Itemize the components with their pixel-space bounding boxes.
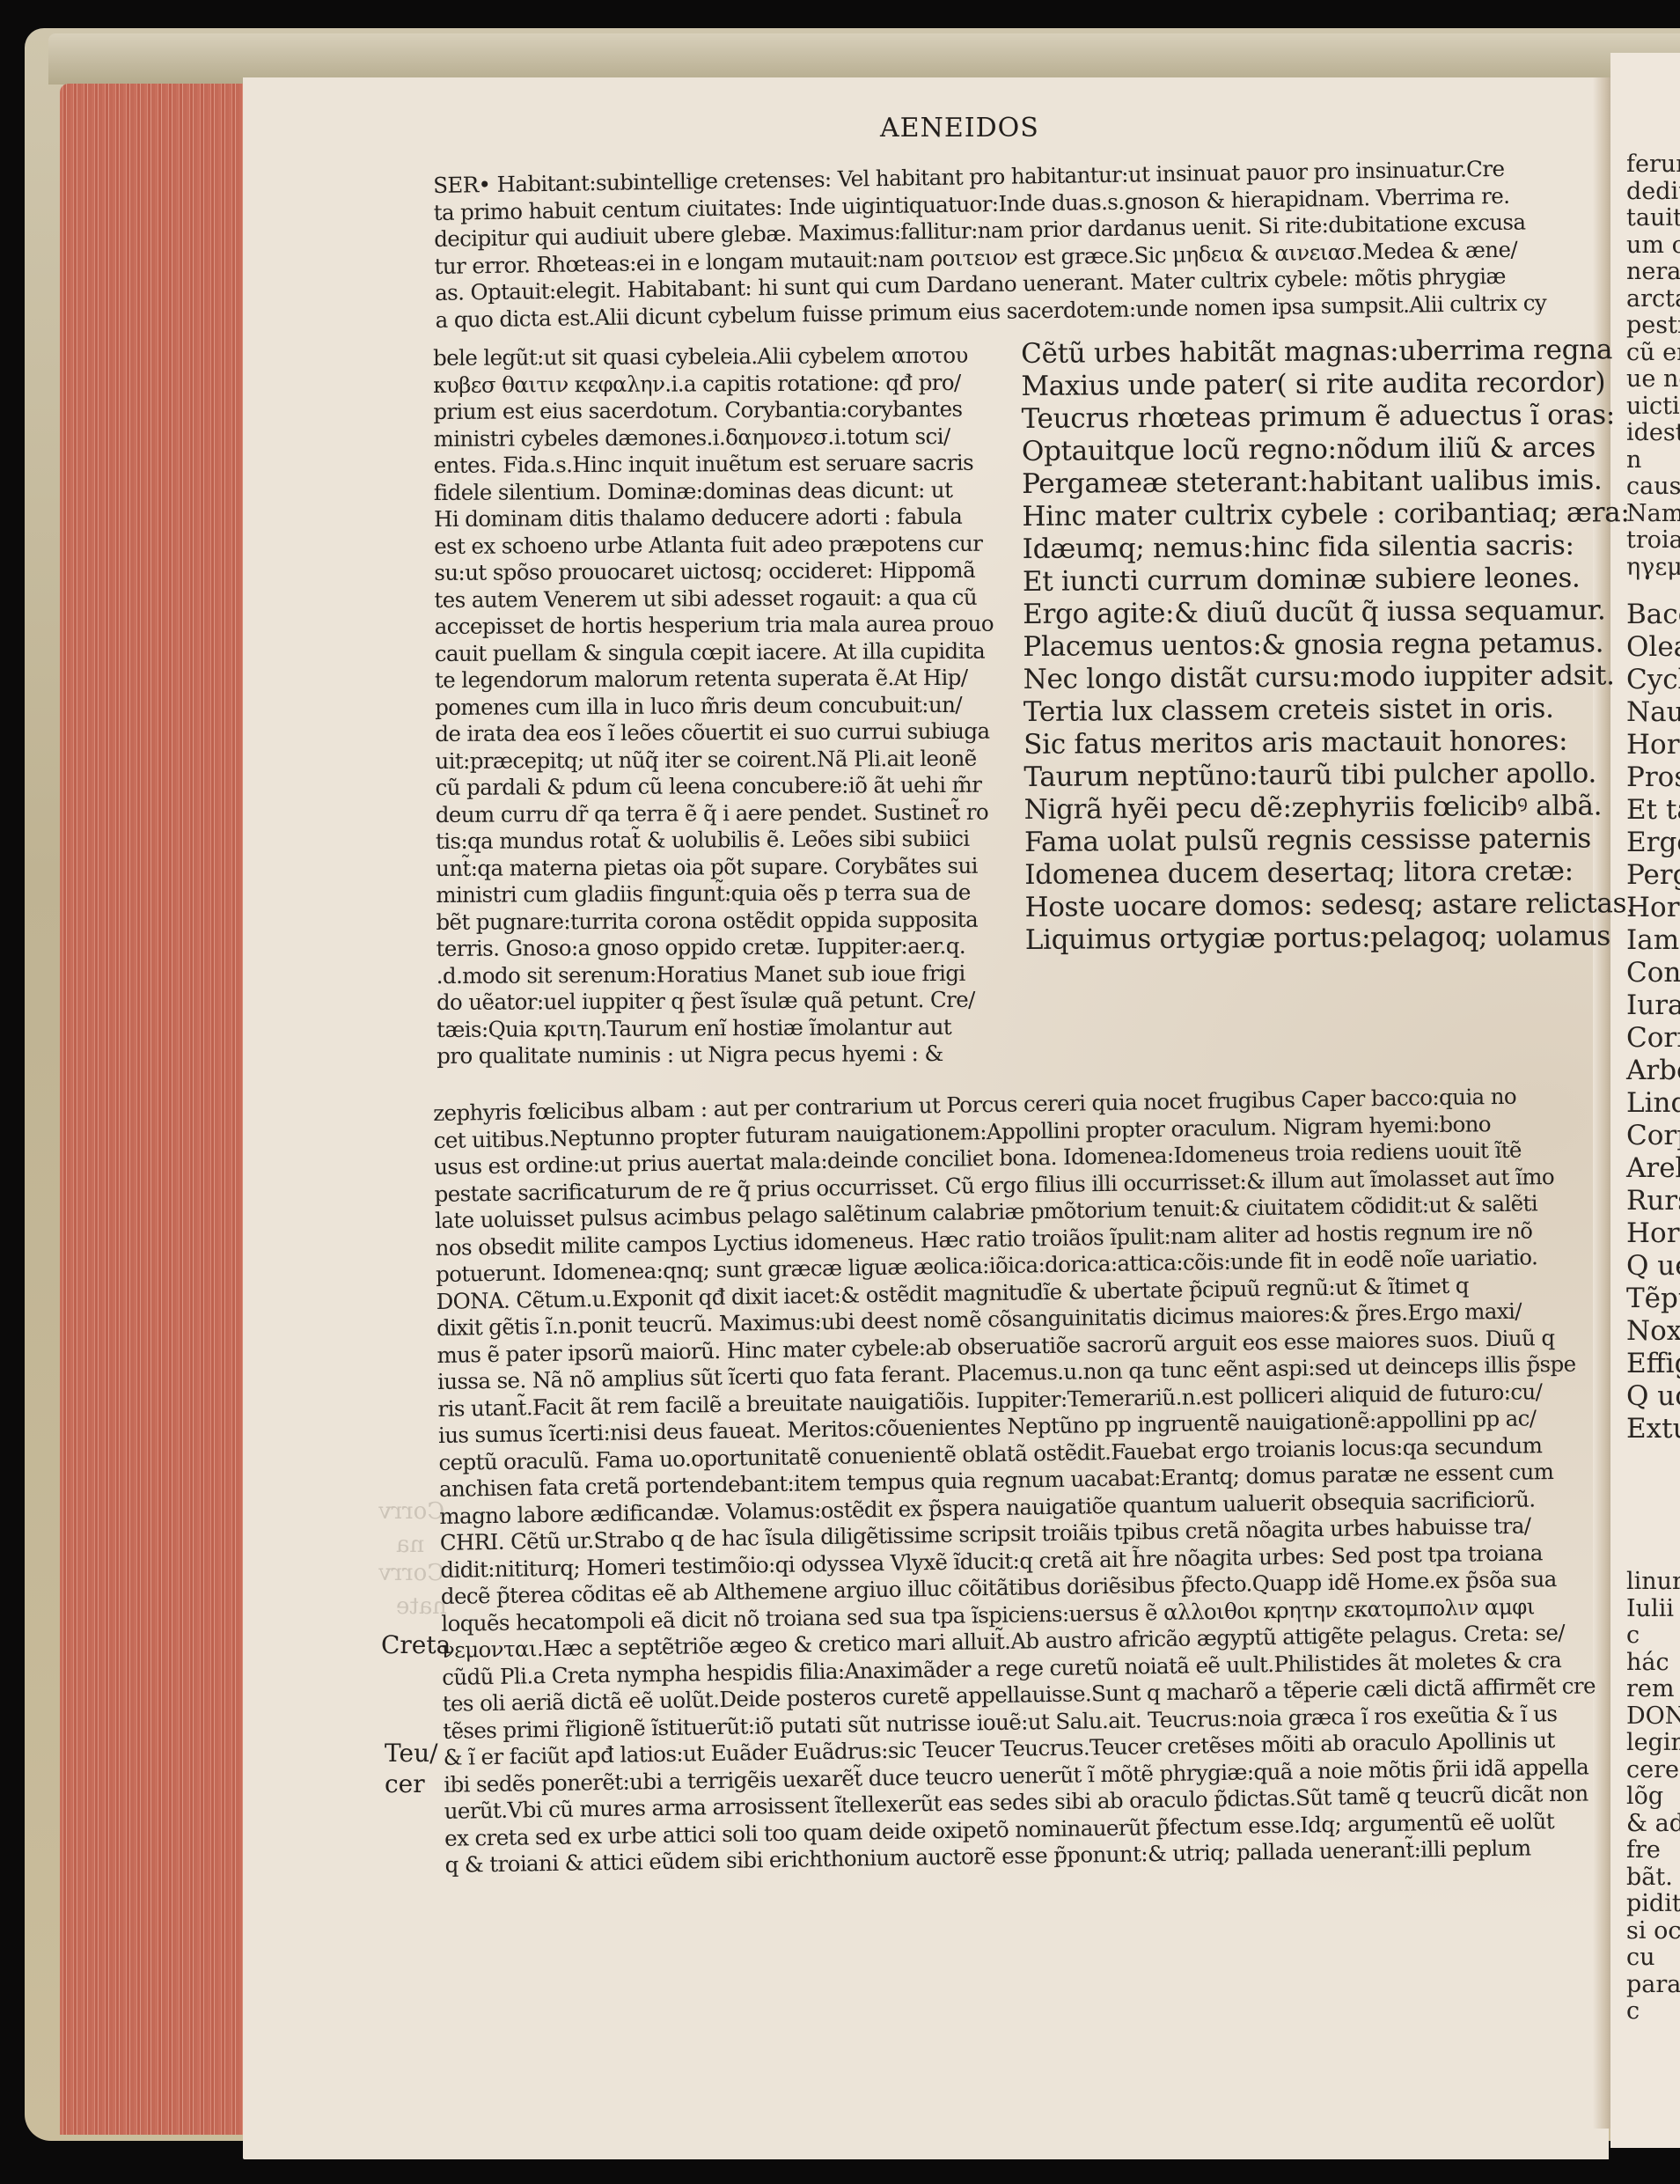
- text-line: bẽt pugnare:turrita corona ostẽdit oppid…: [436, 906, 994, 936]
- fragment-line: Hort: [1626, 892, 1680, 924]
- verse-line: Hinc mater cultrix cybele : coribantiaq;…: [1022, 496, 1632, 533]
- verse-line: Cẽtũ urbes habitãt magnas:uberrima regna: [1021, 334, 1631, 371]
- fragment-line: & ad fre: [1626, 1811, 1680, 1864]
- fragment-line: neran: [1626, 259, 1680, 286]
- commentary-bottom: zephyris fœlicibus albam : aut per contr…: [433, 1082, 1598, 1879]
- text-line: bele legũt:ut sit quasi cybeleia.Alii cy…: [433, 342, 992, 372]
- fragment-line: parare c: [1626, 1972, 1680, 2026]
- running-head: AENEIDOS: [880, 113, 1039, 143]
- verse-line: Sic fatus meritos aris mactauit honores:: [1023, 724, 1633, 761]
- verse-line: Pergameæ steterant:habitant ualibus imis…: [1022, 464, 1632, 501]
- fragment-line: Nau: [1626, 696, 1680, 729]
- verse-line: Taurum neptũno:taurũ tibi pulcher apollo…: [1023, 757, 1633, 794]
- show-through-note: na: [396, 1532, 424, 1558]
- text-line: uit:præcepitq; ut nũq̃ iter se coirent.N…: [435, 745, 994, 775]
- fragment-line: Olea: [1626, 631, 1680, 664]
- fragment-line: Arbo: [1626, 1055, 1680, 1087]
- verse-line: Liquimus ortygiæ portus:pelagoq; uolamus: [1025, 920, 1635, 957]
- text-line: pro qualitate numinis : ut Nigra pecus h…: [437, 1041, 995, 1070]
- text-line: unt̃:qa materna pietas oia põt supare. C…: [436, 852, 994, 882]
- fragment-line: dedit: [1626, 179, 1680, 206]
- fragment-line: Iamq: [1626, 924, 1680, 957]
- fragment-line: ferun: [1626, 151, 1680, 179]
- margin-note-teucer-cont: cer: [385, 1769, 425, 1798]
- fragment-line: Bacc: [1626, 599, 1680, 631]
- text-line: entes. Fida.s.Hinc inquit inuẽtum est se…: [434, 450, 993, 480]
- verse-line: Idomenea ducem desertaq; litora cretæ:: [1024, 855, 1634, 892]
- text-line: tæis:Quia κριτη.Taurum enĩ hostiæ ĩmolan…: [437, 1013, 995, 1043]
- fragment-line: bãt. Va: [1626, 1864, 1680, 1892]
- text-line: su:ut spõso prouocaret uictosq; occidere…: [434, 557, 993, 587]
- text-line: deum curru dr̃ qa terra ẽ q̃ i aere pend…: [436, 798, 994, 828]
- text-line: .d.modo sit serenum:Horatius Manet sub i…: [437, 960, 995, 989]
- fragment-line: Effigie: [1626, 1348, 1680, 1380]
- fragment-line: Horta: [1626, 1217, 1680, 1250]
- verse-line: Maxius unde pater( si rite audita record…: [1021, 366, 1631, 403]
- fragment-line: ue nef: [1626, 366, 1680, 393]
- text-line: prium est eius sacerdotum. Corybantia:co…: [433, 396, 992, 426]
- fragment-line: Nam: [1626, 501, 1680, 528]
- fragment-line: Q ue: [1626, 1250, 1680, 1283]
- verse-line: Idæumq; nemus:hinc fida silentia sacris:: [1023, 529, 1632, 566]
- fragment-line: Et ta: [1626, 794, 1680, 827]
- text-line: te legendorum malorum retenta superata ẽ…: [435, 665, 994, 695]
- verse-block: Cẽtũ urbes habitãt magnas:uberrima regna…: [1021, 334, 1635, 957]
- fragment-line: Corp: [1626, 1120, 1680, 1152]
- fragment-line: ηγεμ: [1626, 555, 1680, 582]
- verse-line: Placemus uentos:& gnosia regna petamus.: [1023, 627, 1632, 664]
- commentary-top: SER• Habitant:subintellige cretenses: Ve…: [433, 155, 1546, 334]
- fragment-line: Linqu: [1626, 1087, 1680, 1120]
- fragment-line: arctau: [1626, 286, 1680, 313]
- fragment-line: um cu: [1626, 232, 1680, 260]
- fragment-line: piditati: [1626, 1891, 1680, 1918]
- fragment-line: pestri: [1626, 313, 1680, 340]
- fragment-line: idest n: [1626, 420, 1680, 474]
- text-line: pomenes cum illa in luco m̃ris deum conc…: [435, 691, 994, 721]
- next-page-verse: Bacc Olea Cycl Nau Hort Prose Et ta Ergo…: [1626, 599, 1680, 1445]
- fragment-line: cũ eru: [1626, 340, 1680, 367]
- verse-line: Ergo agite:& diuũ ducũt q̃ iussa sequamu…: [1023, 594, 1632, 631]
- fragment-line: troiar: [1626, 527, 1680, 555]
- fragment-line: Areba: [1626, 1152, 1680, 1185]
- fragment-line: tauit:: [1626, 205, 1680, 232]
- fragment-line: si ocii cu: [1626, 1918, 1680, 1972]
- verse-line: Tertia lux classem creteis sistet in ori…: [1023, 692, 1633, 729]
- show-through-note: nate: [396, 1593, 447, 1620]
- next-page-commentary-top: ferun dedit tauit: um cu neran arctau pe…: [1626, 151, 1680, 581]
- fragment-line: uictin: [1626, 393, 1680, 421]
- fragment-line: Hort: [1626, 729, 1680, 761]
- fragment-line: hác rem: [1626, 1650, 1680, 1703]
- text-line: cauit puellam & singula cœpit iacere. At…: [435, 637, 994, 667]
- margin-note-creta: Creta: [381, 1630, 451, 1659]
- fragment-line: Iulii q̃ c: [1626, 1596, 1680, 1650]
- fragment-line: Prose: [1626, 761, 1680, 794]
- fragment-line: Nox e: [1626, 1315, 1680, 1348]
- fragment-line: Perga: [1626, 859, 1680, 892]
- text-line: tes autem Venerem ut sibi adesset rogaui…: [434, 584, 993, 614]
- text-line: accepisset de hortis hesperium tria mala…: [435, 611, 994, 641]
- verse-line: Et iuncti currum dominæ subiere leones.: [1023, 562, 1632, 599]
- text-line: fidele silentium. Dominæ:dominas deas di…: [434, 476, 993, 506]
- verse-line: Fama uolat pulsũ regnis cessisse paterni…: [1024, 822, 1634, 859]
- text-line: do uẽator:uel iuppiter q p̃est ĩsulæ quã…: [437, 987, 995, 1017]
- commentary-left-column: bele legũt:ut sit quasi cybeleia.Alii cy…: [433, 342, 996, 1070]
- next-page-commentary-bottom: linurus Iulii q̃ c hác rem DON legimu ce…: [1626, 1569, 1680, 2026]
- fragment-line: Ergo: [1626, 827, 1680, 859]
- text-line: κυβεσ θαιτιν κεφαλην.i.a capitis rotatio…: [433, 369, 992, 399]
- fragment-line: legimu: [1626, 1730, 1680, 1757]
- fragment-line: Iura c: [1626, 989, 1680, 1022]
- text-line: terris. Gnoso:a gnoso oppido cretæ. Iupp…: [437, 933, 995, 963]
- fragment-line: cere lõg: [1626, 1757, 1680, 1811]
- margin-note-teucer: Teu/: [385, 1739, 438, 1768]
- text-line: de irata dea eos ĩ leões cõuertit ei suo…: [435, 718, 994, 748]
- fragment-line: Tẽpta: [1626, 1283, 1680, 1315]
- text-line: ministri cybeles dæmones.i.δαημονεσ.i.to…: [433, 423, 992, 452]
- fragment-line: Conn: [1626, 957, 1680, 989]
- text-line: Hi dominam ditis thalamo deducere adorti…: [434, 504, 993, 533]
- fragment-line: Corru: [1626, 1022, 1680, 1055]
- fragment-line: Rurs: [1626, 1185, 1680, 1217]
- text-line: est ex schoeno urbe Atlanta fuit adeo pr…: [434, 530, 993, 560]
- fragment-line: Cycl: [1626, 664, 1680, 696]
- fragment-line: DON: [1626, 1703, 1680, 1731]
- verse-line: Optauitque locũ regno:nõdum iliũ & arces: [1022, 431, 1632, 468]
- red-fore-edge: [60, 84, 245, 2135]
- verse-line: Nec longo distãt cursu:modo iuppiter ads…: [1023, 659, 1633, 696]
- text-line: tis:qa mundus rotat̃ & uolubilis ẽ. Leõe…: [436, 826, 994, 856]
- fragment-line: linurus: [1626, 1569, 1680, 1596]
- fragment-line: causa: [1626, 474, 1680, 501]
- verse-line: Teucrus rhœteas primum ẽ aduectus ĩ oras…: [1022, 399, 1632, 436]
- fragment-line: Extule: [1626, 1413, 1680, 1445]
- show-through-note: Corrv: [378, 1498, 444, 1525]
- show-through-note: Corrv: [378, 1560, 444, 1586]
- verse-line: Hoste uocare domos: sedesq; astare relic…: [1024, 887, 1634, 924]
- text-line: cũ pardali & pdum cũ leena concubere:iõ …: [436, 772, 994, 802]
- verse-line: Nigrã hyẽi pecu dẽ:zephyriis fœlicibꝰ al…: [1024, 790, 1634, 827]
- text-line: ministri cum gladiis fingunt̃:quia oẽs p…: [436, 879, 994, 909]
- fragment-line: Q uo: [1626, 1380, 1680, 1413]
